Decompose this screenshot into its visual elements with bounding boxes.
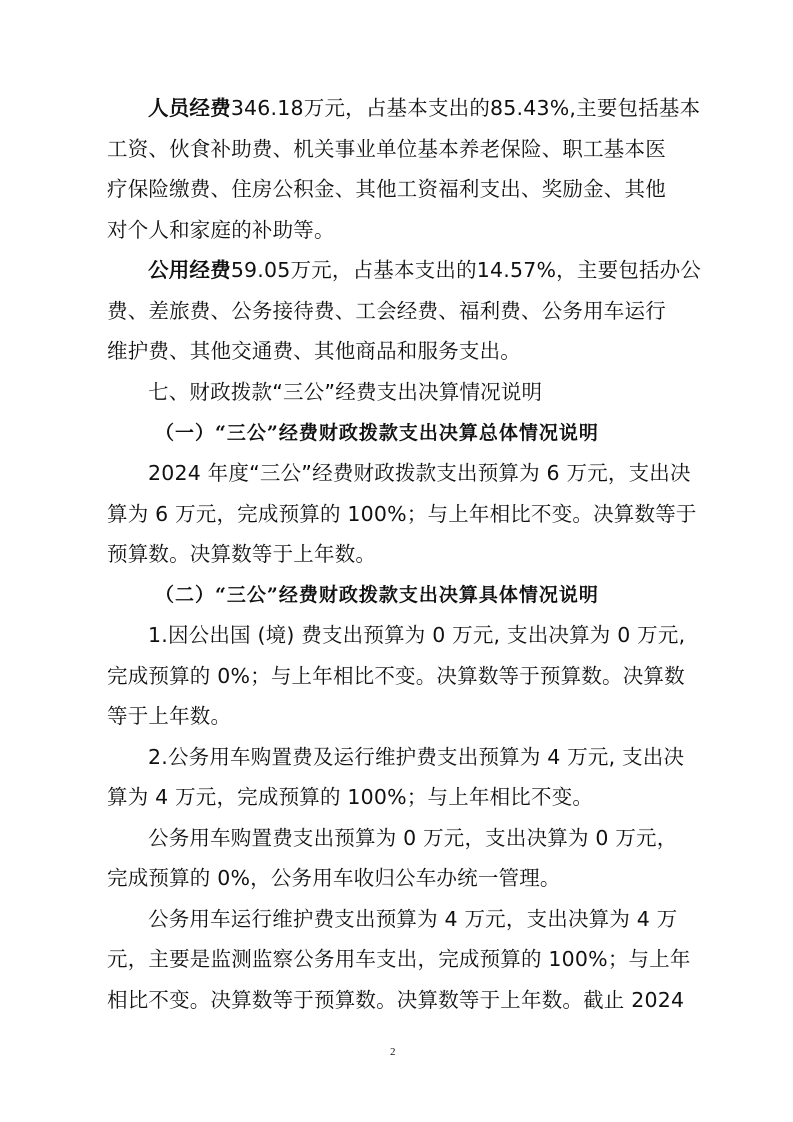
personnel-expense-line-3: 疗保险缴费、住房公积金、其他工资福利支出、奖励金、其他: [107, 175, 687, 203]
subsection-1-line-2: 算为 6 万元，完成预算的 100%；与上年相比不变。决算数等于: [107, 500, 687, 528]
public-expense-line-2: 费、差旅费、公务接待费、工会经费、福利费、公务用车运行: [107, 297, 687, 325]
subsection-1-line-3: 预算数。决算数等于上年数。: [107, 540, 687, 568]
personnel-expense-line-1: 人员经费346.18万元，占基本支出的85.43%,主要包括基本: [148, 94, 688, 122]
vehicle-operation-line-2: 元，主要是监测监察公务用车支出，完成预算的 100%；与上年: [107, 945, 687, 973]
page-number: 2: [390, 1046, 396, 1058]
section-7-title: 七、财政拨款“三公”经费支出决算情况说明: [148, 378, 688, 406]
item-2-line-1: 2.公务用车购置费及运行维护费支出预算为 4 万元, 支出决: [148, 743, 688, 771]
public-expense-text: 59.05万元，占基本支出的14.57%，主要包括办公: [231, 258, 701, 282]
personnel-expense-line-2: 工资、伙食补助费、机关事业单位基本养老保险、职工基本医: [107, 135, 687, 163]
vehicle-operation-line-3: 相比不变。决算数等于预算数。决算数等于上年数。截止 2024: [107, 986, 687, 1014]
vehicle-operation-line-1: 公务用车运行维护费支出预算为 4 万元，支出决算为 4 万: [148, 905, 688, 933]
subsection-2-title: （二）“三公”经费财政拨款支出决算具体情况说明: [155, 581, 735, 609]
public-expense-line-3: 维护费、其他交通费、其他商品和服务支出。: [107, 337, 687, 365]
item-1-line-1: 1.因公出国 (境) 费支出预算为 0 万元, 支出决算为 0 万元,: [148, 621, 688, 649]
item-2-line-2: 算为 4 万元，完成预算的 100%；与上年相比不变。: [107, 783, 687, 811]
subsection-1-title: （一）“三公”经费财政拨款支出决算总体情况说明: [155, 419, 735, 447]
personnel-expense-label: 人员经费: [148, 96, 231, 120]
public-expense-line-1: 公用经费59.05万元，占基本支出的14.57%，主要包括办公: [148, 256, 688, 284]
document-page: 人员经费346.18万元，占基本支出的85.43%,主要包括基本 工资、伙食补助…: [0, 0, 793, 1122]
vehicle-purchase-line-2: 完成预算的 0%，公务用车收归公车办统一管理。: [107, 864, 687, 892]
item-1-line-2: 完成预算的 0%；与上年相比不变。决算数等于预算数。决算数: [107, 662, 687, 690]
vehicle-purchase-line-1: 公务用车购置费支出预算为 0 万元，支出决算为 0 万元，: [148, 824, 688, 852]
public-expense-label: 公用经费: [148, 258, 231, 282]
personnel-expense-text: 346.18万元，占基本支出的85.43%,主要包括基本: [231, 96, 701, 120]
subsection-1-line-1: 2024 年度“三公”经费财政拨款支出预算为 6 万元，支出决: [148, 459, 688, 487]
personnel-expense-line-4: 对个人和家庭的补助等。: [107, 216, 687, 244]
item-1-line-3: 等于上年数。: [107, 702, 687, 730]
